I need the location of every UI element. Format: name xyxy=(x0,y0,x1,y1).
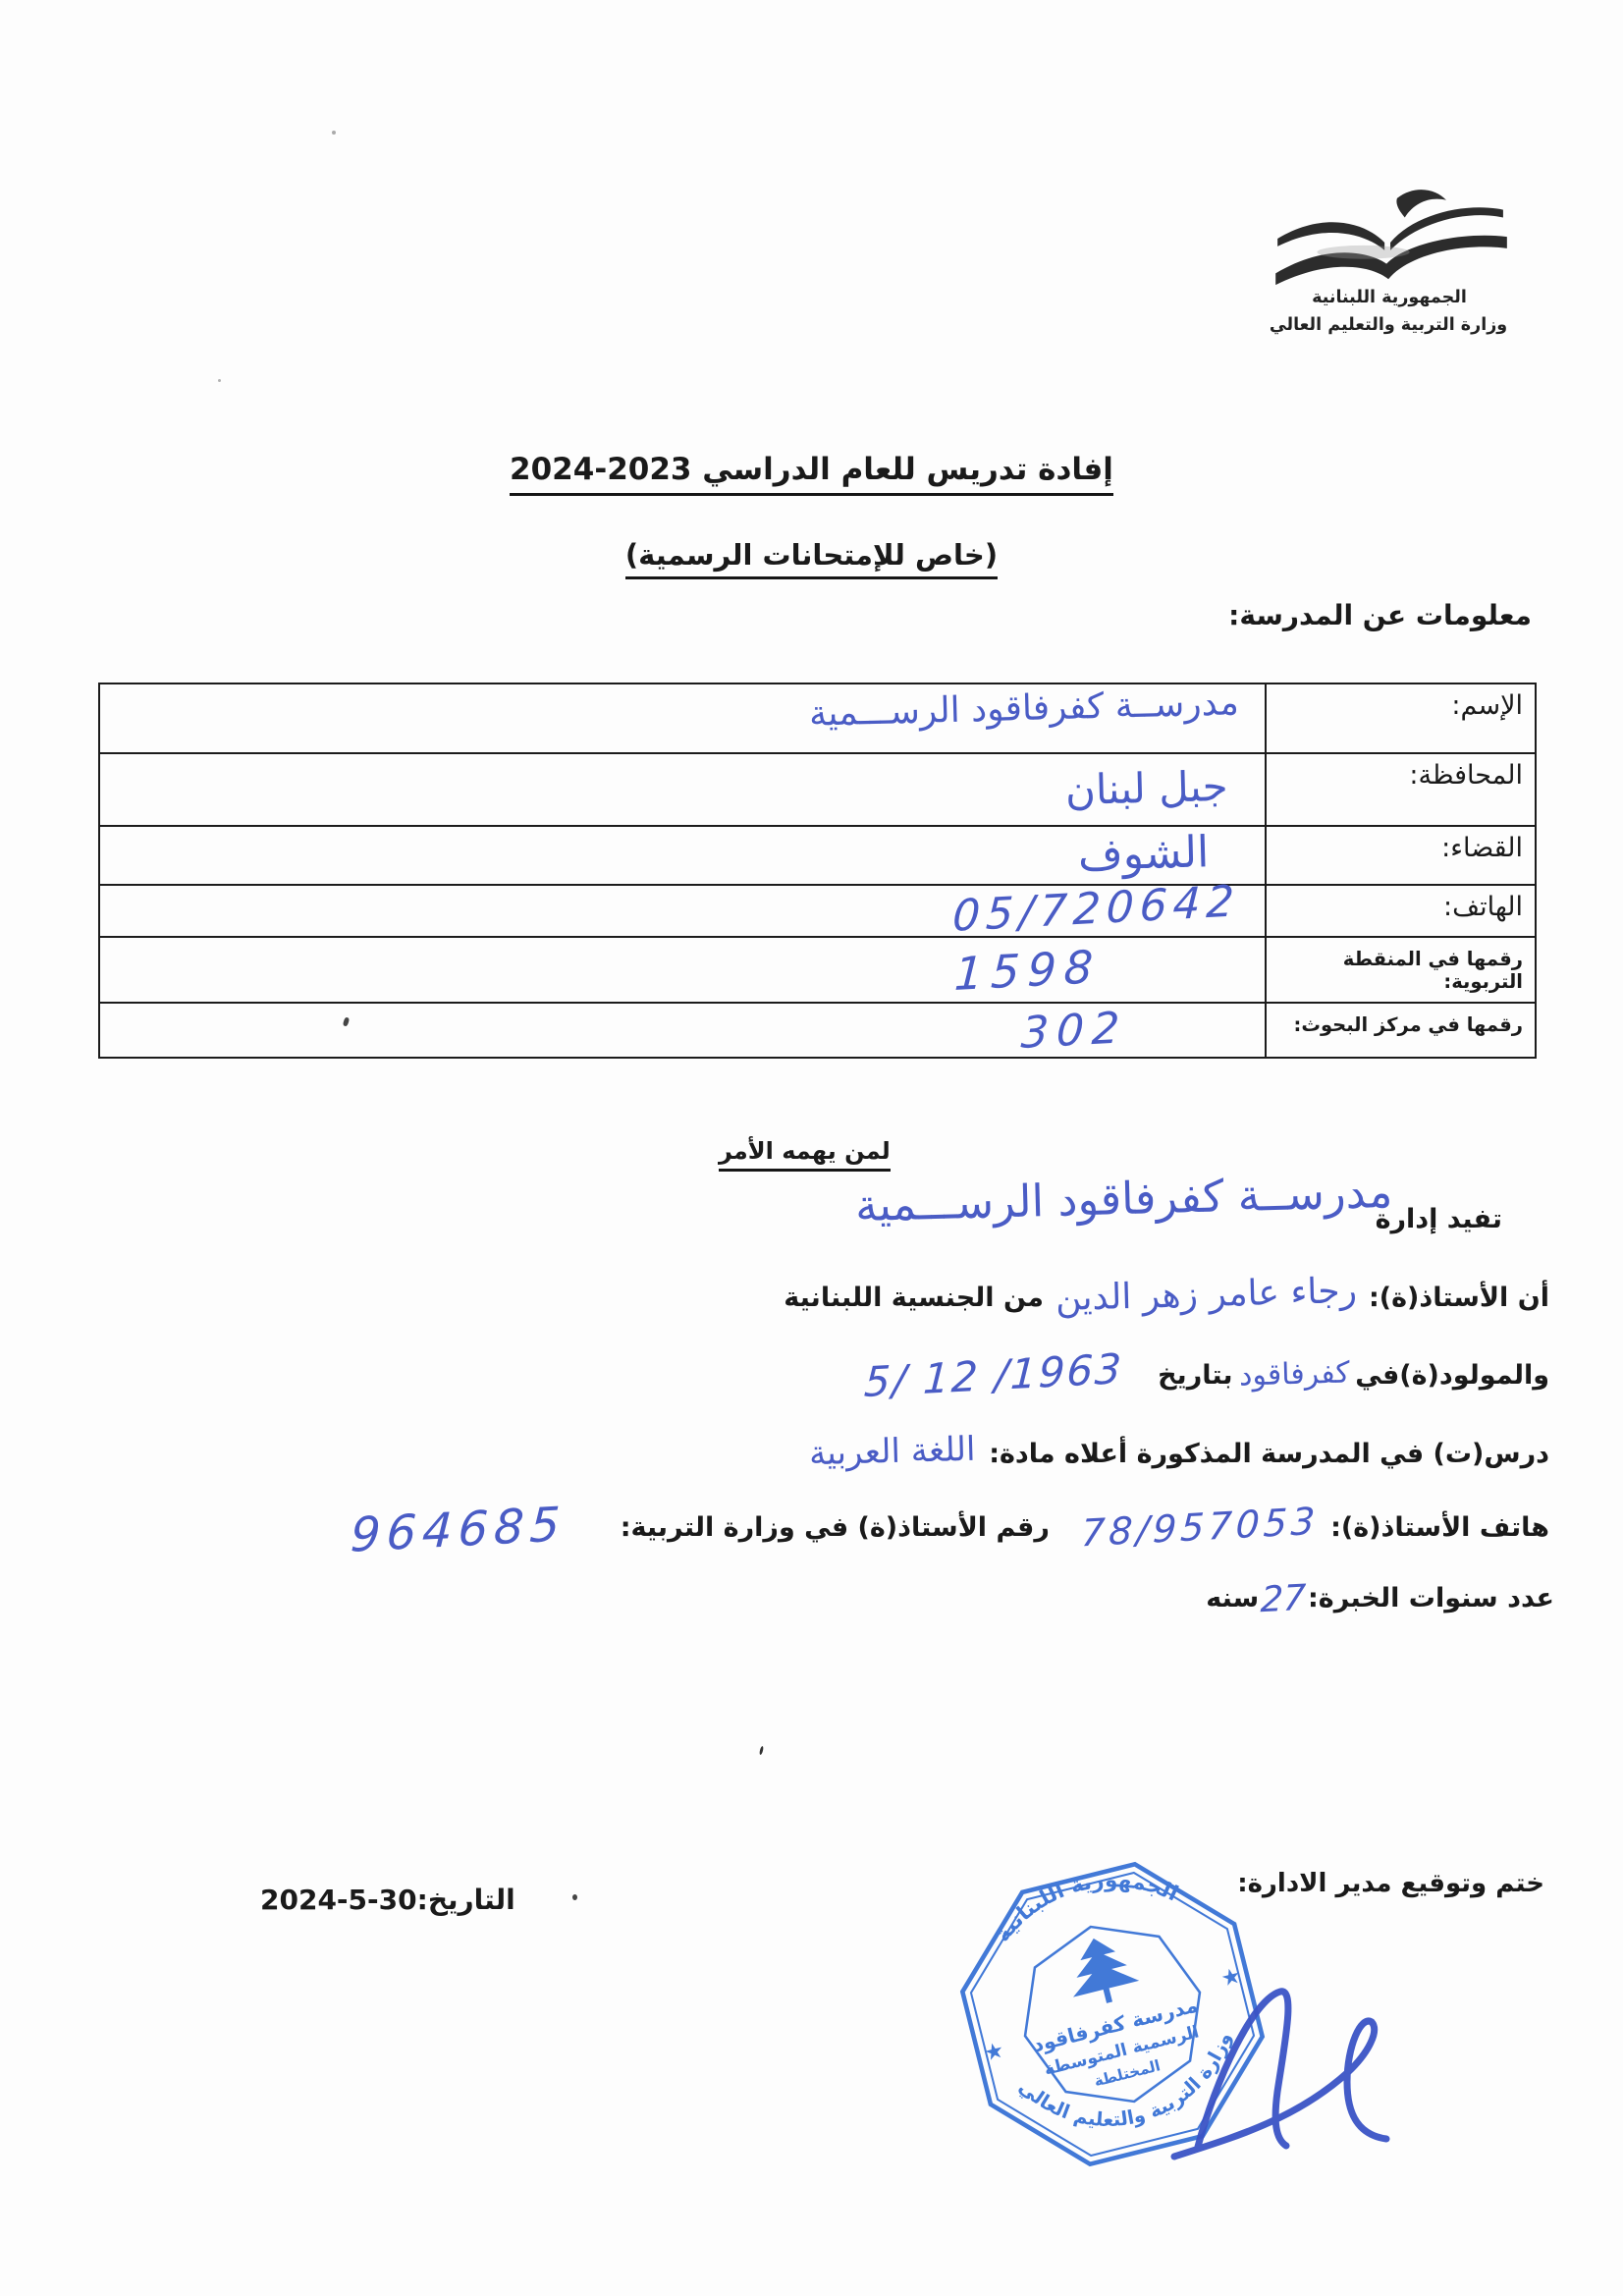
certify-label: تفيد إدارة xyxy=(1376,1204,1502,1234)
school-info-table: الإسم: مدرســة كفرفاقود الرســـمية المحا… xyxy=(98,683,1537,1059)
birth-line: والمولود(ة)فيكفرفاقودبتاريخ5/ 12 /1963 xyxy=(864,1351,1549,1399)
phone-number-line: هاتف الأستاذ(ة):78/957053رقم الأستاذ(ة) … xyxy=(351,1503,1549,1558)
teacher-phone-label: هاتف الأستاذ(ة): xyxy=(1330,1512,1549,1543)
row-value-cell: 302 xyxy=(100,1004,1265,1057)
handwritten-ministry-number: 964685 xyxy=(350,1497,568,1563)
taught-label: درس(ت) في المدرسة المذكورة أعلاه مادة: xyxy=(989,1439,1549,1469)
experience-label: عدد سنوات الخبرة: xyxy=(1308,1583,1554,1613)
handwritten-experience-years: 27 xyxy=(1260,1578,1307,1621)
teacher-label: أن الأستاذ(ة): xyxy=(1369,1283,1549,1313)
handwritten-research-number: 302 xyxy=(1020,1003,1129,1059)
director-signature xyxy=(1147,1952,1441,2178)
handwritten-governorate: جبل لبنان xyxy=(1065,762,1229,814)
logo-text-ministry: وزارة التربية والتعليم العالي xyxy=(1243,315,1534,335)
handwritten-district: الشوف xyxy=(1077,827,1210,880)
table-row-research-number: رقمها في مركز البحوث: 302 xyxy=(100,1004,1535,1057)
title-academic-year: 2024-2023 xyxy=(510,452,691,487)
handwritten-teacher-name: رجاء عامر زهر الدين xyxy=(1055,1271,1357,1319)
row-value-cell: مدرســة كفرفاقود الرســـمية xyxy=(100,684,1265,752)
document-date: التاريخ:2024-5-30 xyxy=(260,1884,515,1916)
ministry-number-label: رقم الأستاذ(ة) في وزارة التربية: xyxy=(621,1512,1050,1543)
to-whom-heading: لمن يهمه الأمر xyxy=(719,1137,891,1172)
title-text: إفادة تدريس للعام الدراسي xyxy=(702,452,1113,487)
document-title: إفادة تدريس للعام الدراسي 2024-2023 xyxy=(0,452,1623,496)
born-label: والمولود(ة)في xyxy=(1355,1360,1549,1391)
table-row-zone-number: رقمها في المنقطة التربوية: 1598 xyxy=(100,938,1535,1004)
date-value: 2024-5-30 xyxy=(260,1884,417,1916)
scan-speck xyxy=(572,1894,577,1900)
cedar-tree-icon xyxy=(1060,1931,1142,2011)
row-label: المحافظة: xyxy=(1265,754,1535,825)
table-row-district: القضاء: الشوف xyxy=(100,827,1535,886)
handwritten-subject: اللغة العربية xyxy=(808,1430,975,1473)
table-row-governorate: المحافظة: جبل لبنان xyxy=(100,754,1535,827)
nationality-label: من الجنسية اللبنانية xyxy=(784,1283,1044,1313)
handwritten-birthdate: 5/ 12 /1963 xyxy=(863,1344,1124,1406)
stamp-star-left: ★ xyxy=(982,2038,1007,2067)
handwritten-school-name: مدرســة كفرفاقود الرســـمية xyxy=(809,683,1240,734)
handwritten-teacher-phone: 78/957053 xyxy=(1080,1500,1320,1556)
row-value-cell: 05/720642 xyxy=(100,886,1265,936)
row-label: الإسم: xyxy=(1265,684,1535,752)
row-label: رقمها في المنقطة التربوية: xyxy=(1265,938,1535,1002)
birthdate-label: بتاريخ xyxy=(1158,1360,1232,1391)
experience-line: عدد سنوات الخبرة:27سنه xyxy=(1206,1579,1554,1619)
row-value-cell: جبل لبنان xyxy=(100,754,1265,825)
scanned-teaching-certificate: الجمهورية اللبنانية وزارة التربية والتعل… xyxy=(0,0,1623,2296)
row-label: الهاتف: xyxy=(1265,886,1535,936)
scan-speck xyxy=(218,379,221,382)
handwritten-school-name-body: مدرســة كفرفاقود الرســـمية xyxy=(854,1166,1393,1231)
row-value-cell: الشوف xyxy=(100,827,1265,884)
logo-text-republic: الجمهورية اللبنانية xyxy=(1255,288,1524,307)
row-label: القضاء: xyxy=(1265,827,1535,884)
seal-signature-label: ختم وتوقيع مدير الادارة: xyxy=(1237,1869,1544,1898)
document-subtitle: (خاص للإمتحانات الرسمية) xyxy=(0,538,1623,579)
date-label: التاريخ: xyxy=(417,1884,515,1916)
table-row-phone: الهاتف: 05/720642 xyxy=(100,886,1535,938)
table-row-name: الإسم: مدرســة كفرفاقود الرســـمية xyxy=(100,684,1535,754)
handwritten-zone-number: 1598 xyxy=(953,940,1103,1001)
school-info-heading: معلومات عن المدرسة: xyxy=(1228,599,1532,631)
experience-suffix: سنه xyxy=(1206,1583,1259,1613)
open-book-logo-icon xyxy=(1270,189,1515,295)
handwritten-birthplace: كفرفاقود xyxy=(1238,1356,1350,1394)
subject-line: درس(ت) في المدرسة المذكورة أعلاه مادة:ال… xyxy=(809,1432,1549,1471)
scan-speck xyxy=(332,131,336,135)
teacher-line: أن الأستاذ(ة):رجاء عامر زهر الدينمن الجن… xyxy=(784,1275,1549,1315)
row-value-cell: 1598 xyxy=(100,938,1265,1002)
row-label: رقمها في مركز البحوث: xyxy=(1265,1004,1535,1057)
scan-speck xyxy=(759,1746,764,1755)
handwritten-school-phone: 05/720642 xyxy=(951,876,1241,942)
